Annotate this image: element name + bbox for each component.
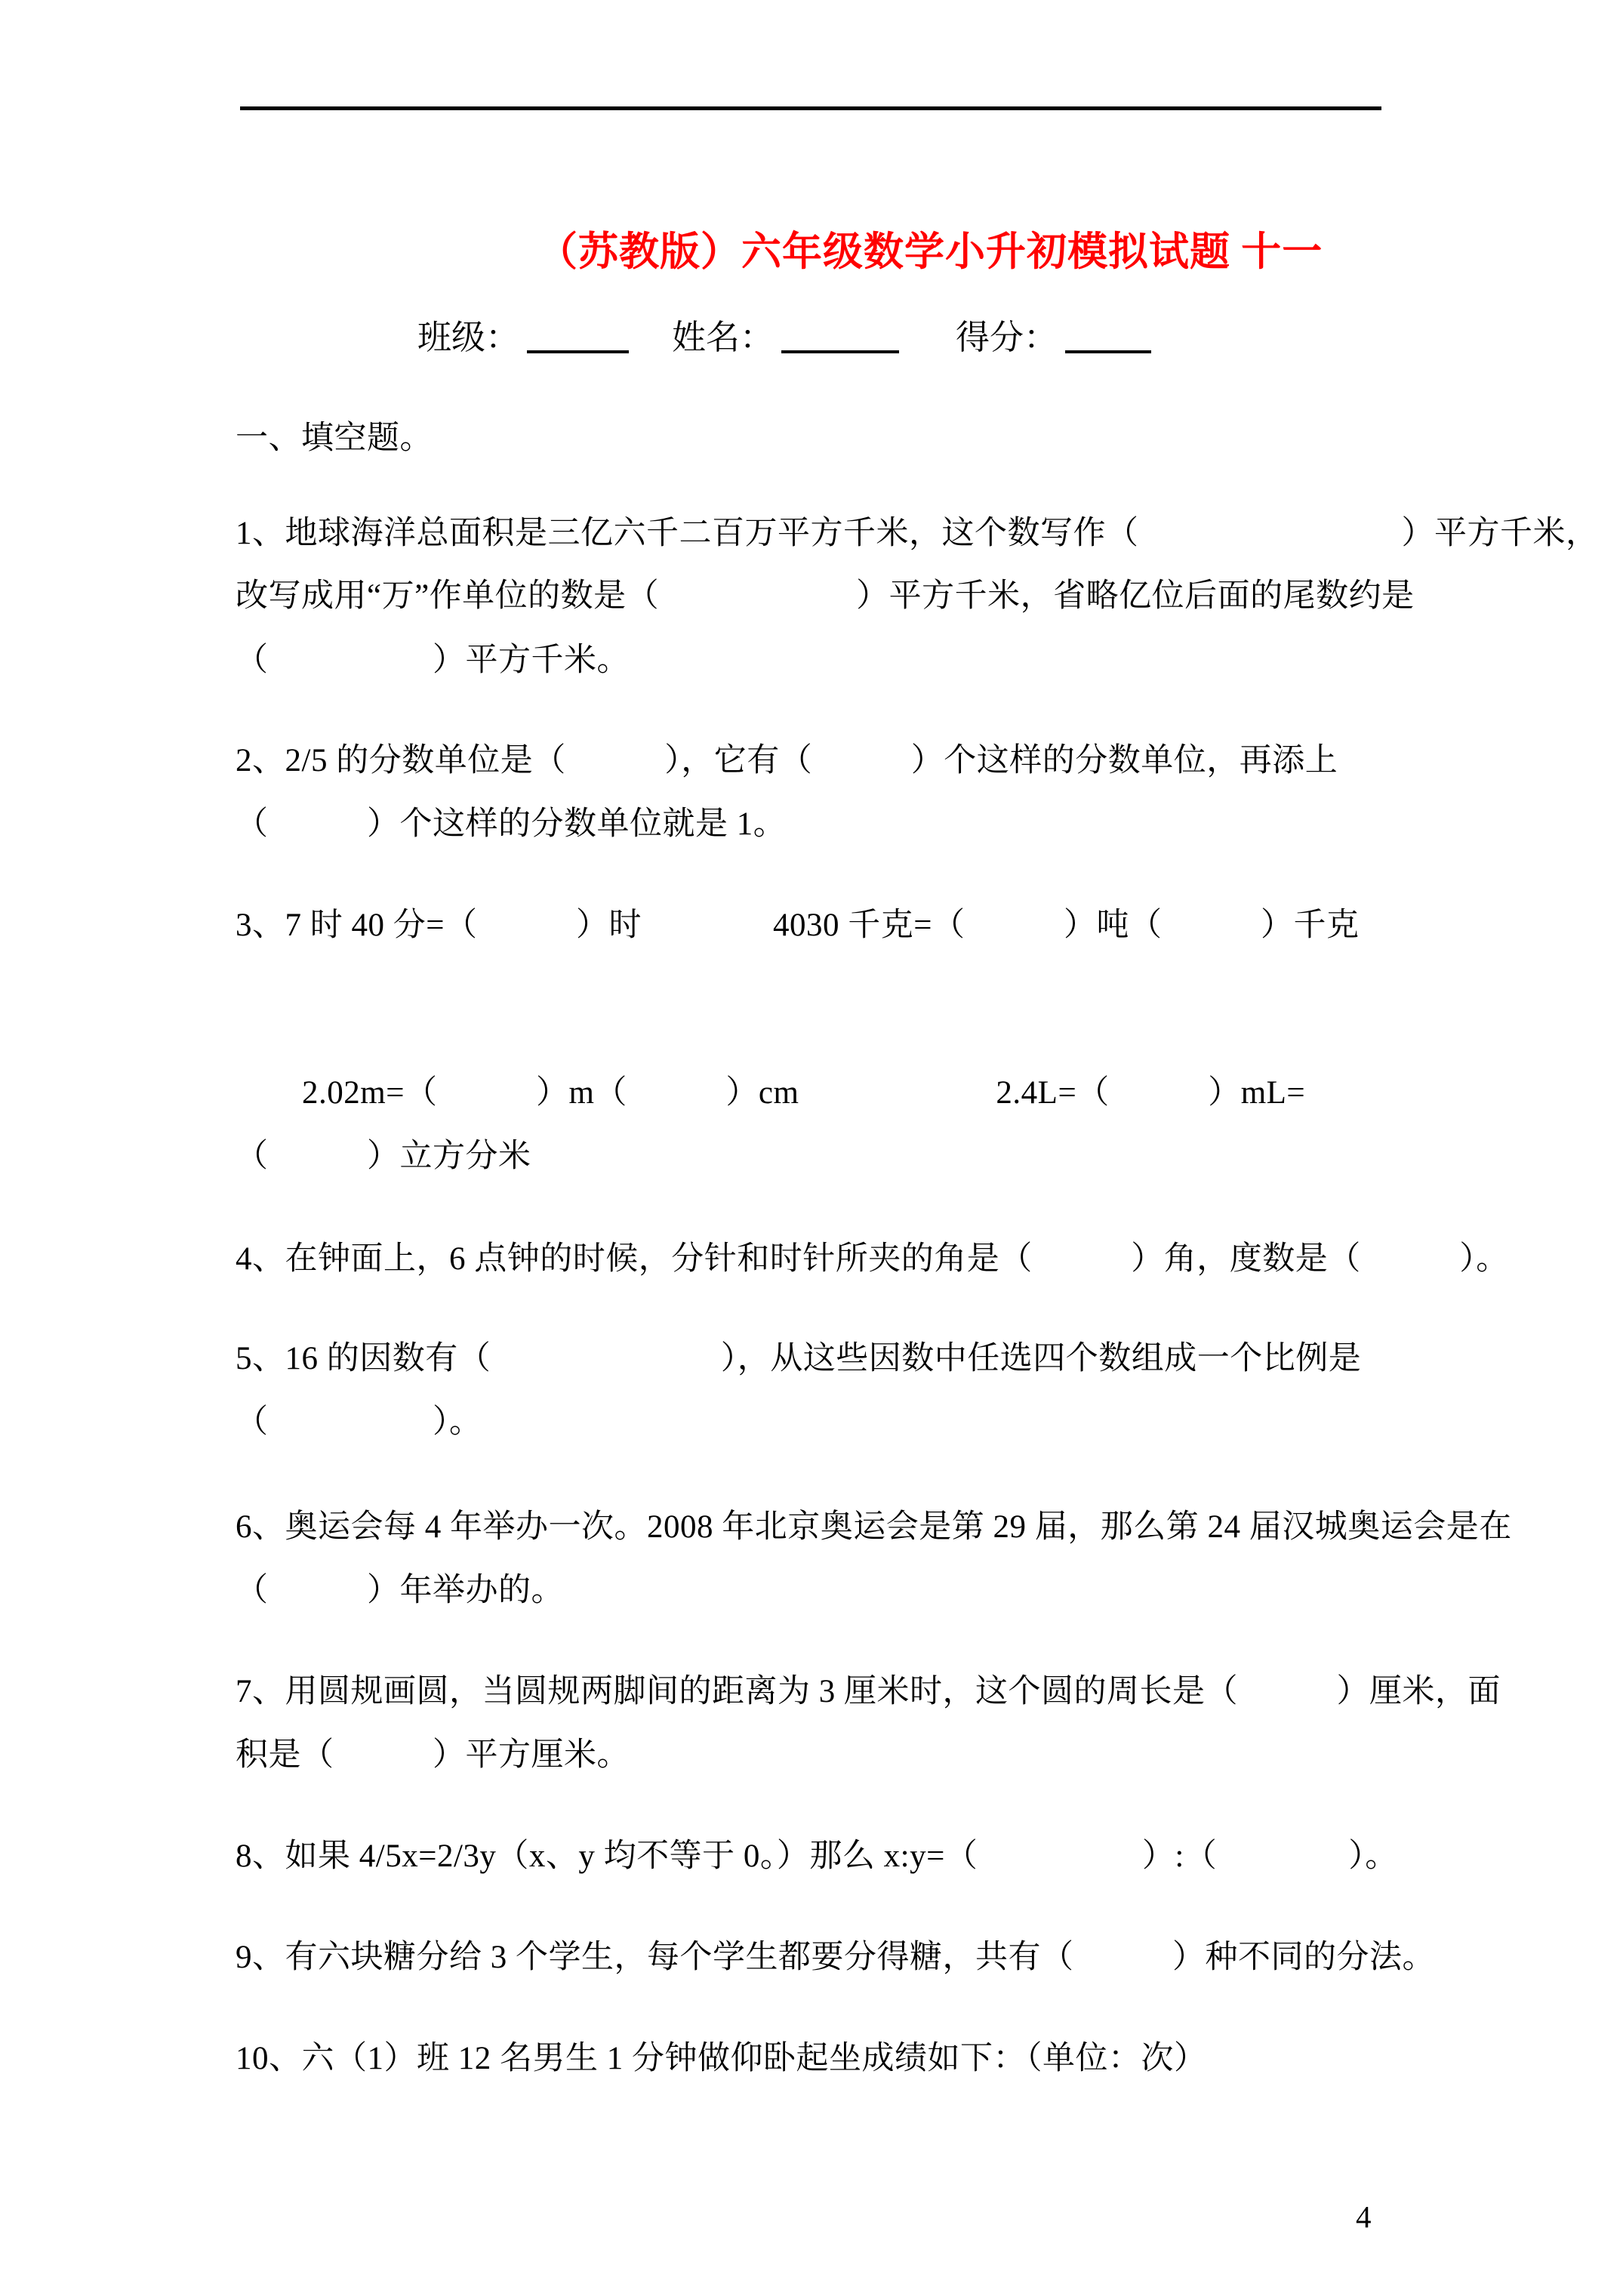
header-rule [240, 106, 1381, 110]
question-6-line-1: 6、奥运会每 4 年举办一次。2008 年北京奥运会是第 29 届，那么第 24… [236, 1505, 1512, 1549]
name-blank-line [781, 325, 899, 353]
question-4: 4、在钟面上，6 点钟的时候，分针和时针所夹的角是（ ）角，度数是（ ）。 [236, 1237, 1509, 1281]
question-7-line-2: 积是（ ）平方厘米。 [236, 1734, 630, 1777]
score-label: 得分： [956, 315, 1058, 360]
question-3-line-2: 2.02m=（ ）m（ ）cm 2.4L=（ ）mL= [302, 1071, 1305, 1115]
question-1-line-3: （ ）平方千米。 [236, 639, 630, 683]
class-label: 班级： [417, 315, 519, 360]
question-1-line-2: 改写成用“万”作单位的数是（ ）平方千米，省略亿位后面的尾数约是 [236, 575, 1415, 618]
section-heading: 一、填空题。 [236, 417, 433, 461]
question-2-line-2: （ ）个这样的分数单位就是 1。 [236, 803, 786, 846]
question-10: 10、六（1）班 12 名男生 1 分钟做仰卧起坐成绩如下：（单位：次） [236, 2037, 1207, 2081]
question-6-line-2: （ ）年举办的。 [236, 1569, 564, 1613]
student-info-row: 班级：姓名：得分： [417, 315, 1151, 360]
question-7-line-1: 7、用圆规画圆，当圆规两脚间的距离为 3 厘米时，这个圆的周长是（ ）厘米，面 [236, 1670, 1501, 1714]
page-number: 4 [1356, 2194, 1372, 2239]
question-8: 8、如果 4/5x=2/3y（x、y 均不等于 0。）那么 x:y=（ ）:（ … [236, 1835, 1398, 1878]
exam-paper-page: （苏教版）六年级数学小升初模拟试题 十一 班级：姓名：得分： 一、填空题。 1、… [0, 0, 1623, 2296]
question-5-line-1: 5、16 的因数有（ ），从这些因数中任选四个数组成一个比例是 [236, 1337, 1361, 1381]
question-1-line-1: 1、地球海洋总面积是三亿六千二百万平方千米，这个数写作（ ）平方千米， [236, 512, 1599, 556]
question-3-line-3: （ ）立方分米 [236, 1135, 531, 1179]
name-label: 姓名： [672, 315, 774, 360]
class-blank-line [527, 325, 629, 353]
score-blank-line [1065, 325, 1151, 353]
question-5-line-2: （ ）。 [236, 1401, 482, 1444]
page-title: （苏教版）六年级数学小升初模拟试题 十一 [537, 227, 1323, 277]
question-3-line-1: 3、7 时 40 分=（ ）时 4030 千克=（ ）吨（ ）千克 [236, 904, 1360, 948]
question-9: 9、有六块糖分给 3 个学生，每个学生都要分得糖，共有（ ）种不同的分法。 [236, 1936, 1435, 1980]
question-2-line-1: 2、2/5 的分数单位是（ ），它有（ ）个这样的分数单位，再添上 [236, 739, 1338, 783]
